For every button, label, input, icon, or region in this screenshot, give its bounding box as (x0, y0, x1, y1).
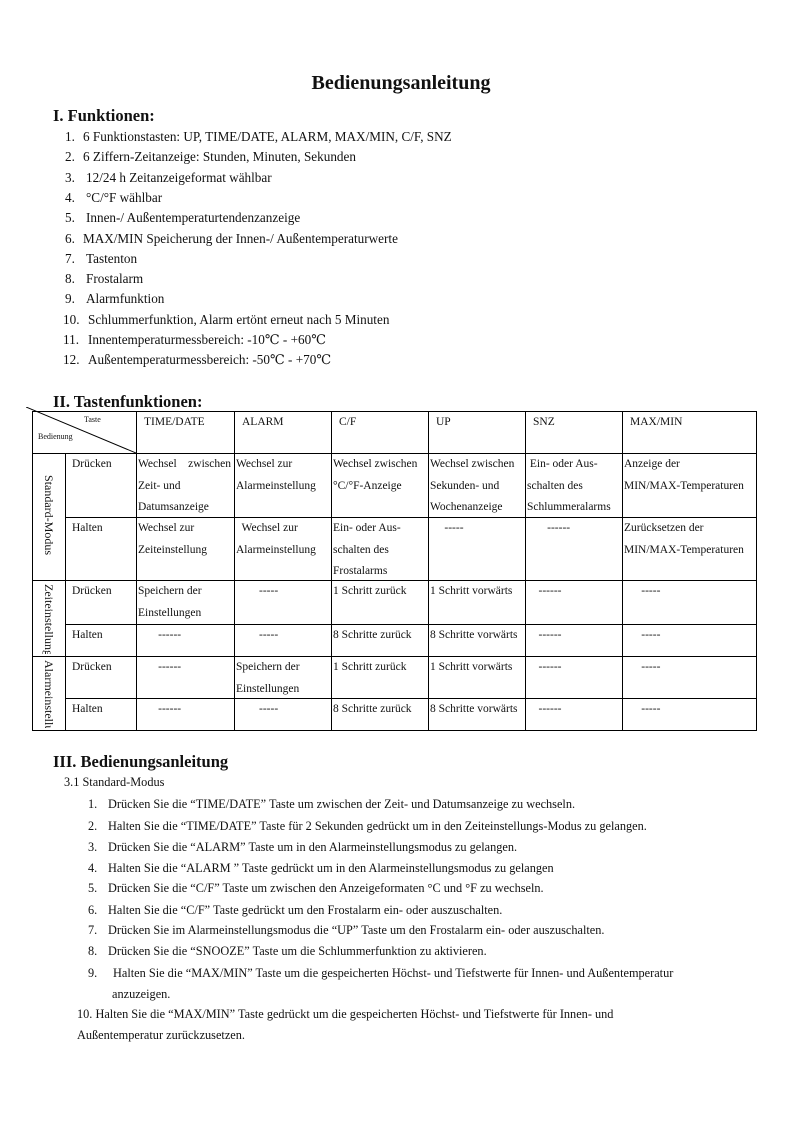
list-item-text: 12/24 h Zeitanzeigeformat wählbar (86, 170, 272, 186)
instruction-number: 4. (88, 861, 97, 876)
row-action-label: Halten (72, 625, 103, 647)
list-item-number: 9. (65, 291, 75, 307)
table-cell: 1 Schritt vorwärts (430, 657, 524, 679)
list-item-text: 6 Funktionstasten: UP, TIME/DATE, ALARM,… (83, 129, 452, 145)
row-action-label: Drücken (72, 454, 112, 476)
column-header: UP (436, 412, 451, 434)
table-cell: 8 Schritte zurück (333, 625, 427, 647)
instruction-text: Halten Sie die “TIME/DATE” Taste für 2 S… (108, 819, 647, 834)
table-cell: Wechsel zur Zeiteinstellung (138, 518, 233, 561)
list-item-number: 1. (65, 129, 75, 145)
table-vline (136, 411, 137, 731)
table-cell: ----- (624, 657, 755, 679)
table-cell: Wechsel zwischen Zeit- und Datumsanzeige (138, 454, 233, 519)
instruction-text: Halten Sie die “ALARM ” Taste gedrückt u… (108, 861, 554, 876)
list-item-number: 10. (63, 312, 79, 328)
table-vline (756, 411, 757, 731)
table-cell: Wechsel zur Alarmeinstellung (236, 454, 330, 497)
table-cell: ----- (624, 625, 755, 647)
instruction-text: Drücken Sie die “C/F” Taste um zwischen … (108, 881, 544, 896)
table-cell: 1 Schritt zurück (333, 657, 427, 679)
instruction-number: 7. (88, 923, 97, 938)
list-item-text: Tastenton (86, 251, 137, 267)
instruction-number: 6. (88, 903, 97, 918)
instruction-number: 1. (88, 797, 97, 812)
table-cell: ------ (527, 518, 621, 540)
instruction-text: Drücken Sie die “ALARM” Taste um in den … (108, 840, 517, 855)
row-action-label: Halten (72, 518, 103, 540)
column-header: TIME/DATE (144, 412, 205, 434)
row-action-label: Drücken (72, 581, 112, 603)
list-item-number: 12. (63, 352, 79, 368)
table-cell: Wechsel zur Alarmeinstellung (236, 518, 330, 561)
table-vline (32, 411, 33, 731)
instruction-text: Drücken Sie im Alarmeinstellungsmodus di… (108, 923, 604, 938)
column-header: C/F (339, 412, 356, 434)
list-item-text: Innen-/ Außentemperaturtendenzanzeige (86, 210, 300, 226)
table-cell: Ein- oder Aus- schalten des Schlummerala… (527, 454, 621, 519)
list-item-text: Außentemperaturmessbereich: -50℃ - +70℃ (88, 352, 331, 368)
list-item-number: 2. (65, 149, 75, 165)
section-3-subheading: 3.1 Standard-Modus (64, 775, 164, 790)
instruction-text: Halten Sie die “C/F” Taste gedrückt um d… (108, 903, 502, 918)
list-item-number: 6. (65, 231, 75, 247)
instruction-number: 9. (88, 966, 97, 981)
corner-label-key: Taste (84, 415, 101, 424)
instruction-text: Drücken Sie die “TIME/DATE” Taste um zwi… (108, 797, 575, 812)
table-cell: ----- (236, 699, 330, 721)
table-cell: Ein- oder Aus- schalten des Frostalarms (333, 518, 427, 583)
table-cell: 1 Schritt zurück (333, 581, 427, 603)
list-item-number: 5. (65, 210, 75, 226)
table-cell: Anzeige der MIN/MAX-Temperaturen (624, 454, 755, 497)
instruction-number: 5. (88, 881, 97, 896)
table-vline (234, 411, 235, 731)
table-cell: 8 Schritte vorwärts (430, 625, 524, 647)
list-item-text: Alarmfunktion (86, 291, 164, 307)
list-item-number: 4. (65, 190, 75, 206)
mode-label: Zeiteinstellung (41, 584, 56, 654)
table-cell: ------ (527, 657, 621, 679)
instruction-item-10-line1: 10. Halten Sie die “MAX/MIN” Taste gedrü… (77, 1007, 613, 1022)
list-item-number: 11. (63, 332, 79, 348)
table-cell: Speichern der Einstellungen (236, 657, 330, 700)
list-item-number: 7. (65, 251, 75, 267)
list-item-text: Innentemperaturmessbereich: -10℃ - +60℃ (88, 332, 326, 348)
table-cell: 1 Schritt vorwärts (430, 581, 524, 603)
table-cell: Wechsel zwischen °C/°F-Anzeige (333, 454, 427, 497)
column-header: ALARM (242, 412, 284, 434)
table-cell: ----- (236, 625, 330, 647)
table-vline (331, 411, 332, 731)
corner-label-operation: Bedienung (38, 432, 73, 441)
table-cell: ----- (624, 699, 755, 721)
list-item-number: 8. (65, 271, 75, 287)
table-cell: ------ (138, 657, 233, 679)
section-1-heading: I. Funktionen: (53, 106, 155, 126)
list-item-text: °C/°F wählbar (86, 190, 162, 206)
table-cell: 8 Schritte vorwärts (430, 699, 524, 721)
row-action-label: Halten (72, 699, 103, 721)
table-cell: ------ (527, 625, 621, 647)
table-vline (622, 411, 623, 731)
table-vline (525, 411, 526, 731)
row-action-label: Drücken (72, 657, 112, 679)
list-item-text: MAX/MIN Speicherung der Innen-/ Außentem… (83, 231, 398, 247)
table-cell: ------ (527, 699, 621, 721)
table-cell: Speichern der Einstellungen (138, 581, 233, 624)
mode-label: Alarmeinstellun (41, 660, 56, 728)
document-title: Bedienungsanleitung (0, 72, 802, 95)
list-item-number: 3. (65, 170, 75, 186)
list-item-text: Frostalarm (86, 271, 143, 287)
instruction-number: 2. (88, 819, 97, 834)
table-cell: ------ (138, 625, 233, 647)
table-cell: ----- (430, 518, 524, 540)
table-cell: ----- (624, 581, 755, 603)
instruction-text: Drücken Sie die “SNOOZE” Taste um die Sc… (108, 944, 487, 959)
section-3-heading: III. Bedienungsanleitung (53, 752, 228, 772)
instruction-text: Halten Sie die “MAX/MIN” Taste um die ge… (113, 966, 673, 981)
list-item-text: 6 Ziffern-Zeitanzeige: Stunden, Minuten,… (83, 149, 356, 165)
table-cell: ------ (527, 581, 621, 603)
instruction-text-continued: anzuzeigen. (112, 987, 170, 1002)
table-cell: Wechsel zwischen Sekunden- und Wochenanz… (430, 454, 524, 519)
table-cell: ----- (236, 581, 330, 603)
mode-label: Standard-Modus (41, 475, 56, 596)
table-vline (428, 411, 429, 731)
instruction-number: 8. (88, 944, 97, 959)
corner-diagonal-line (26, 407, 136, 453)
table-vline (65, 453, 66, 731)
table-hline (32, 730, 757, 731)
key-functions-table: TasteBedienungTIME/DATEALARMC/FUPSNZMAX/… (32, 411, 756, 730)
table-cell: Zurücksetzen der MIN/MAX-Temperaturen (624, 518, 755, 561)
instruction-item-10-line2: Außentemperatur zurückzusetzen. (77, 1028, 245, 1043)
column-header: SNZ (533, 412, 555, 434)
table-cell: ------ (138, 699, 233, 721)
column-header: MAX/MIN (630, 412, 682, 434)
instruction-number: 3. (88, 840, 97, 855)
table-cell: 8 Schritte zurück (333, 699, 427, 721)
list-item-text: Schlummerfunktion, Alarm ertönt erneut n… (88, 312, 389, 328)
